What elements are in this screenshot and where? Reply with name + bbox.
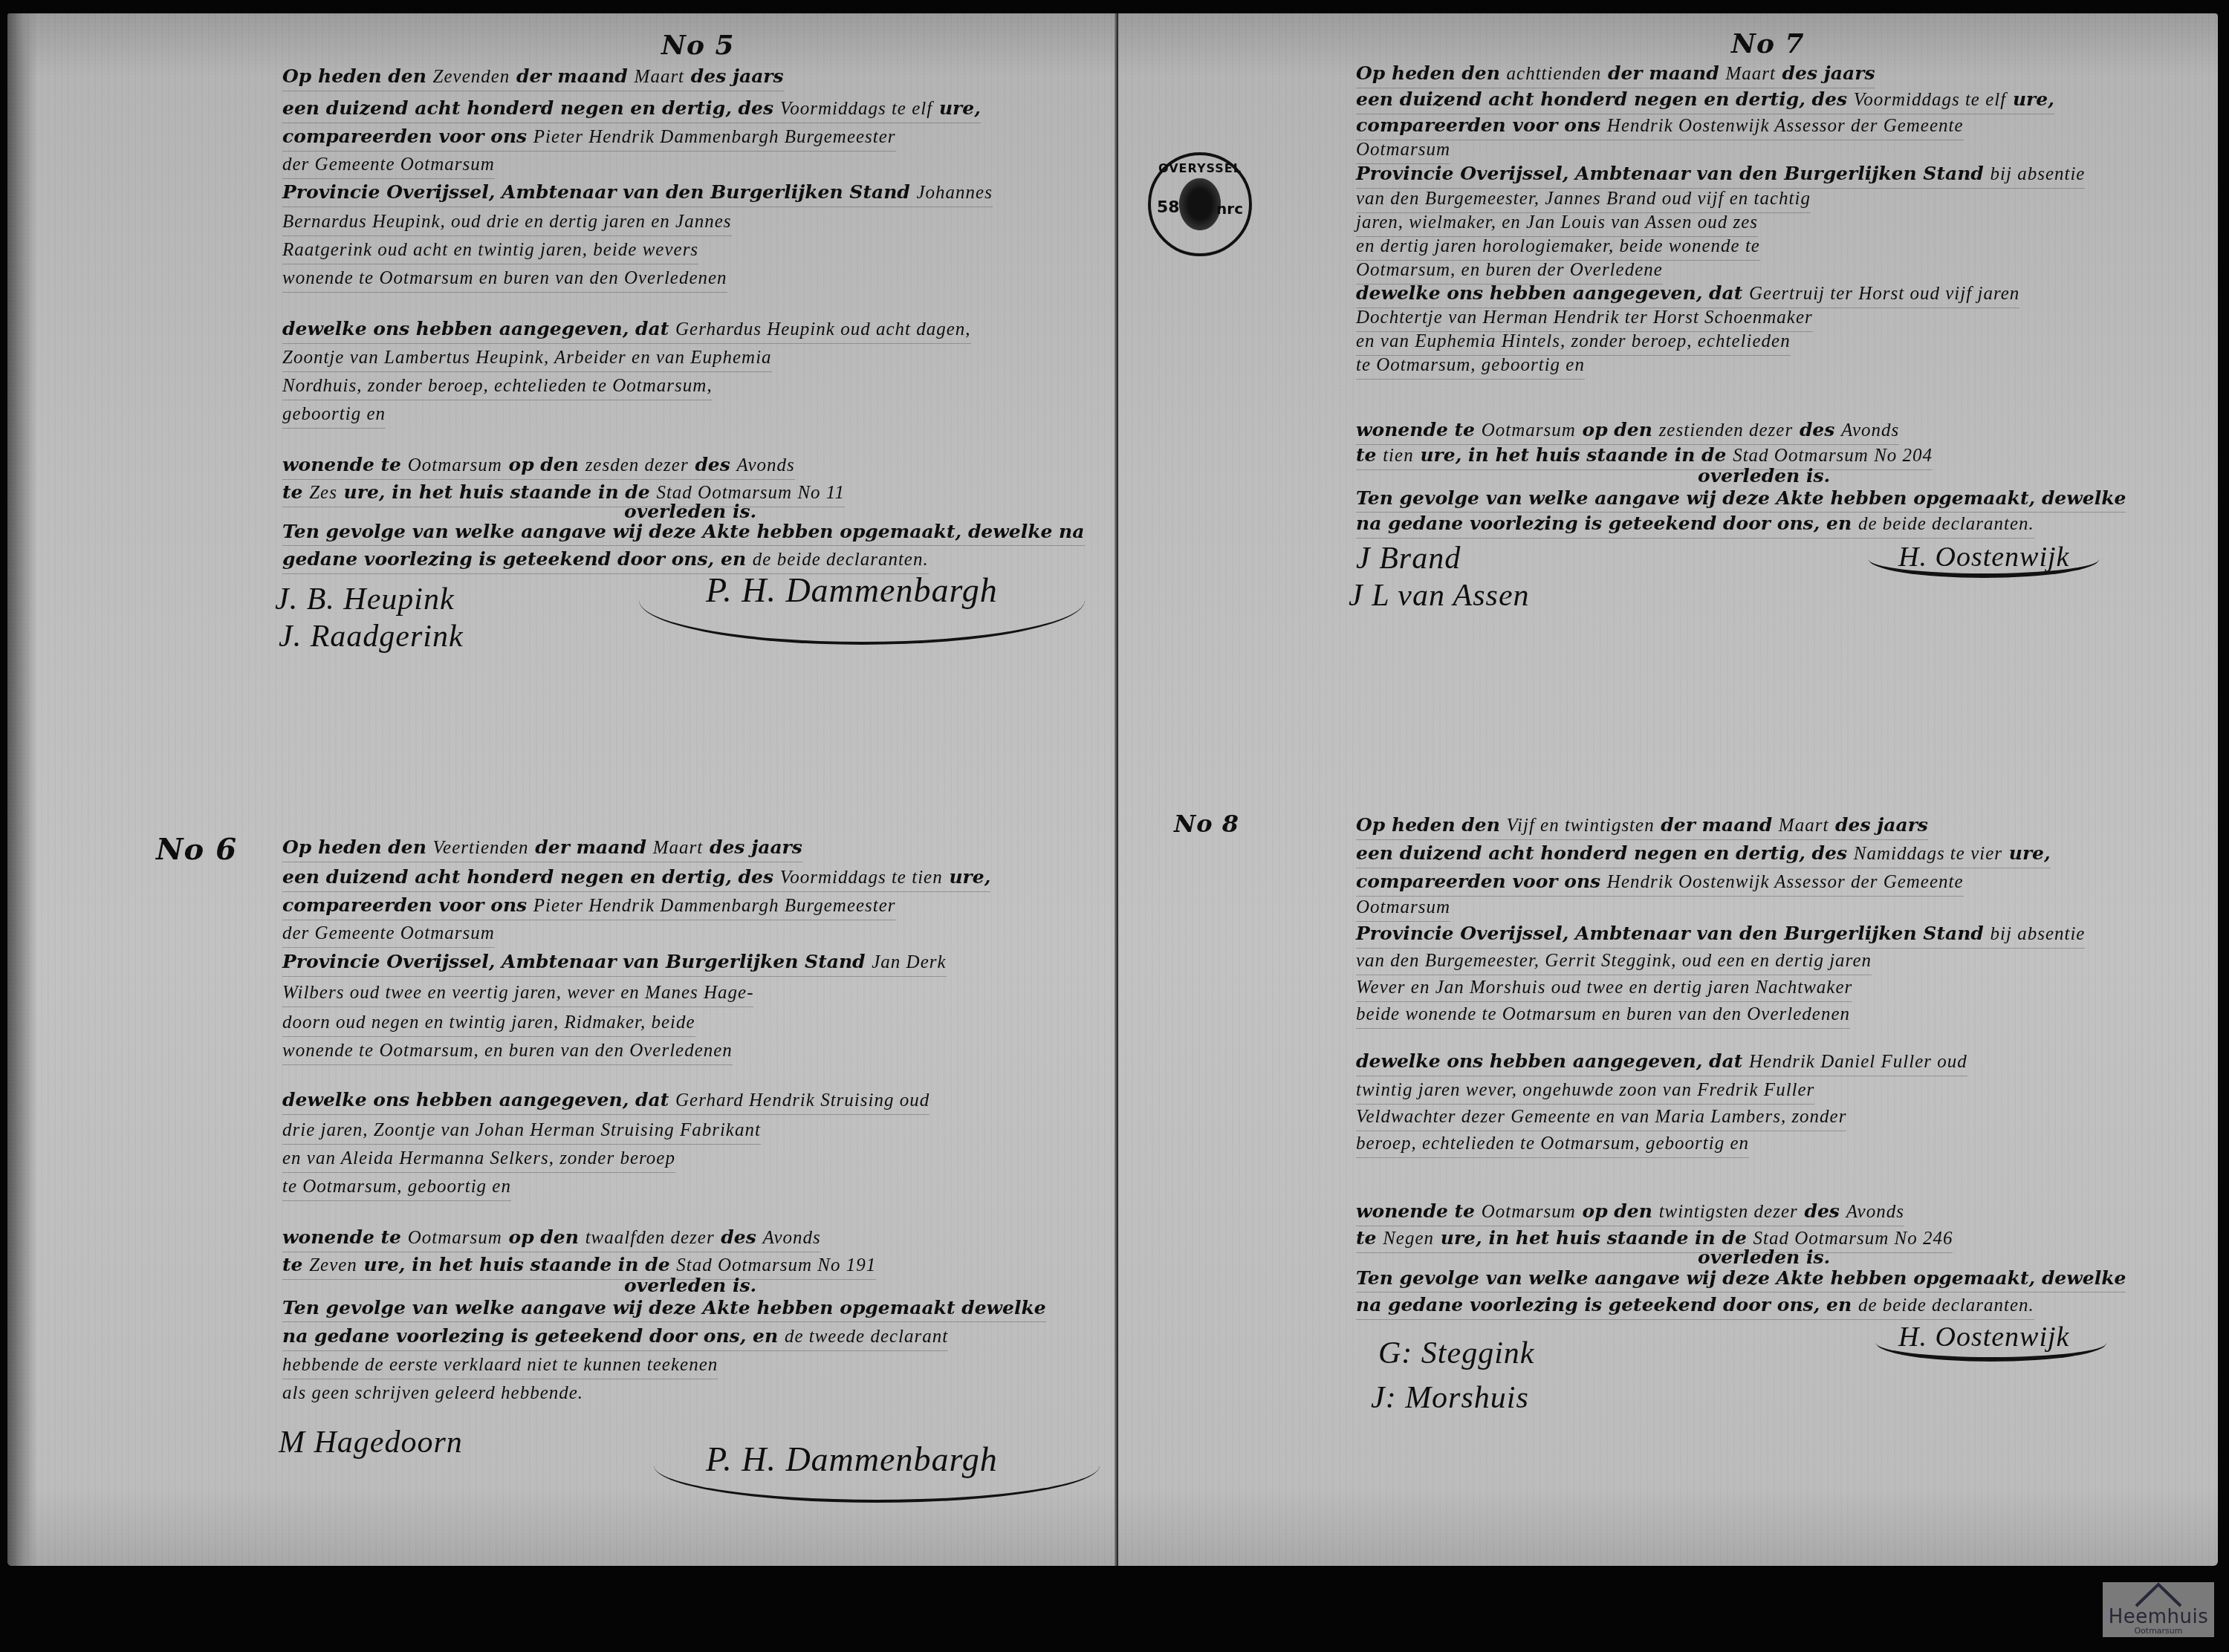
coat-of-arms-icon [1179,178,1221,230]
act-line: Wilbers oud twee en veertig jaren, wever… [282,983,753,1007]
watermark-subtitle: Ootmarsum [2134,1627,2182,1636]
act-line: Zoontje van Lambertus Heupink, Arbeider … [282,348,772,372]
act-line: Ten gevolge van welke aangave wij deze A… [282,1298,1046,1322]
watermark-name: Heemhuis [2109,1607,2209,1627]
act-line: en dertig jaren horologiemaker, beide wo… [1356,236,1760,261]
act-line: dewelke ons hebben aangegeven, dat Hendr… [1356,1052,1967,1076]
act-line: Provincie Overijssel, Ambtenaar van den … [1356,924,2085,949]
act-line: Ootmarsum, en buren der Overledene [1356,260,1663,284]
signature: J L van Assen [1349,578,1530,614]
act-line: overleden is. [624,1276,756,1299]
act-line: en van Euphemia Hintels, zonder beroep, … [1356,331,1791,356]
act-line: Dochtertje van Herman Hendrik ter Horst … [1356,308,1813,332]
act-line: een duizend acht honderd negen en dertig… [282,99,981,123]
act-line: wonende te Ootmarsum, en buren van den O… [282,1041,733,1065]
act-line: wonende te Ootmarsum en buren van den Ov… [282,268,727,293]
signature-flourish [1876,1343,2106,1362]
act-line: Wever en Jan Morshuis oud twee en dertig… [1356,978,1852,1002]
act-number: No 7 [1731,28,1805,59]
act-line: dewelke ons hebben aangegeven, dat Gerha… [282,1090,929,1115]
house-roof-icon [2132,1582,2184,1607]
act-line: een duizend acht honderd negen en dertig… [282,868,990,892]
death-act-6: No 6 Op heden den Veertienden der maand … [282,793,1107,1536]
act-line: wonende te Ootmarsum op den zestienden d… [1356,420,1899,445]
stamp-number: 58 [1157,198,1180,217]
act-line: dewelke ons hebben aangegeven, dat Geert… [1356,284,2019,308]
act-line: beroep, echtelieden te Ootmarsum, geboor… [1356,1134,1749,1158]
death-act-8: No 8 Op heden den Vijf en twintigsten de… [1356,786,2188,1529]
signature-flourish [1869,559,2099,578]
act-number: No 5 [661,30,735,61]
act-line: te Zeven ure, in het huis staande in de … [282,1255,876,1280]
act-line: een duizend acht honderd negen en dertig… [1356,844,2051,868]
act-line: Op heden den achttienden der maand Maart… [1356,64,1875,88]
act-line: van den Burgemeester, Gerrit Steggink, o… [1356,951,1872,975]
act-line: Ootmarsum [1356,897,1450,922]
act-line: te Ootmarsum, geboortig en [1356,355,1585,380]
act-line: Nordhuis, zonder beroep, echtelieden te … [282,376,713,400]
act-line: te Negen ure, in het huis staande in de … [1356,1229,1953,1253]
act-line: een duizend acht honderd negen en dertig… [1356,90,2054,114]
act-line: wonende te Ootmarsum op den zesden dezer… [282,455,795,480]
act-number: No 6 [156,832,237,867]
act-line: wonende te Ootmarsum op den twintigsten … [1356,1202,1904,1226]
act-line: der Gemeente Ootmarsum [282,155,495,179]
act-line: beide wonende te Ootmarsum en buren van … [1356,1004,1850,1029]
signature: G: Steggink [1378,1336,1534,1371]
signature: J Brand [1356,541,1461,576]
act-line: Ootmarsum [1356,140,1450,164]
act-line: Raatgerink oud acht en twintig jaren, be… [282,240,698,264]
act-line: compareerden voor ons Pieter Hendrik Dam… [282,896,896,920]
act-line: overleden is. [1698,466,1830,490]
signature: M Hagedoorn [279,1425,463,1460]
signature-flourish [654,1466,1100,1503]
signature-flourish [639,600,1085,645]
left-page: No 5 Op heden den Zevenden der maand Maa… [7,13,1118,1566]
signature: J: Morshuis [1371,1380,1529,1416]
right-page: No 7 Op heden den achttienden der maand … [1118,13,2218,1566]
act-line: Veldwachter dezer Gemeente en van Maria … [1356,1107,1846,1131]
act-line: doorn oud negen en twintig jaren, Ridmak… [282,1012,695,1037]
act-line: jaren, wielmaker, en Jan Louis van Assen… [1356,212,1758,237]
act-line: Ten gevolge van welke aangave wij deze A… [1356,489,2126,513]
act-line: drie jaren, Zoontje van Johan Herman Str… [282,1120,761,1145]
act-line: te Zes ure, in het huis staande in de St… [282,483,845,507]
act-line: compareerden voor ons Hendrik Oostenwijk… [1356,116,1964,140]
act-line: geboortig en [282,404,386,429]
act-line: Op heden den Vijf en twintigsten der maa… [1356,816,1928,840]
act-line: wonende te Ootmarsum op den twaalfden de… [282,1228,821,1252]
act-line: te tien ure, in het huis staande in de S… [1356,446,1933,470]
death-act-5: No 5 Op heden den Zevenden der maand Maa… [282,13,1107,756]
act-line: Ten gevolge van welke aangave wij deze A… [1356,1269,2126,1292]
act-line: Bernardus Heupink, oud drie en dertig ja… [282,212,732,236]
act-line: Provincie Overijssel, Ambtenaar van den … [1356,164,2085,189]
overijssel-seal-stamp: OVERYSSEL 58 nrc [1148,152,1252,256]
act-line: dewelke ons hebben aangegeven, dat Gerha… [282,319,971,344]
act-line: na gedane voorlezing is geteekend door o… [1356,514,2034,539]
death-act-7: No 7 Op heden den achttienden der maand … [1356,13,2188,756]
signature: J. B. Heupink [275,582,455,617]
stamp-suffix: nrc [1216,200,1243,218]
act-line: hebbende de eerste verklaard niet te kun… [282,1355,718,1379]
act-line: na gedane voorlezing is geteekend door o… [282,1327,948,1351]
act-line: der Gemeente Ootmarsum [282,923,495,948]
act-line: Op heden den Zevenden der maand Maart de… [282,67,784,91]
act-line: compareerden voor ons Hendrik Oostenwijk… [1356,872,1964,897]
scanned-register-spread: No 5 Op heden den Zevenden der maand Maa… [0,0,2229,1652]
act-line: Provincie Overijssel, Ambtenaar van Burg… [282,952,947,977]
act-line: na gedane voorlezing is geteekend door o… [1356,1295,2034,1320]
act-line: als geen schrijven geleerd hebbende. [282,1383,583,1407]
act-line: van den Burgemeester, Jannes Brand oud v… [1356,189,1811,213]
act-line: te Ootmarsum, geboortig en [282,1177,511,1201]
act-number: No 8 [1174,810,1239,838]
heemhuis-watermark-logo: Heemhuis Ootmarsum [2103,1582,2214,1637]
act-line: Provincie Overijssel, Ambtenaar van den … [282,183,993,207]
signature: J. Raadgerink [279,619,464,654]
act-line: compareerden voor ons Pieter Hendrik Dam… [282,127,896,152]
act-line: twintig jaren wever, ongehuwde zoon van … [1356,1080,1814,1105]
act-line: Ten gevolge van welke aangave wij deze A… [282,522,1085,546]
act-line: Op heden den Veertienden der maand Maart… [282,838,802,862]
stamp-label: OVERYSSEL [1151,161,1249,175]
act-line: en van Aleida Hermanna Selkers, zonder b… [282,1148,675,1173]
